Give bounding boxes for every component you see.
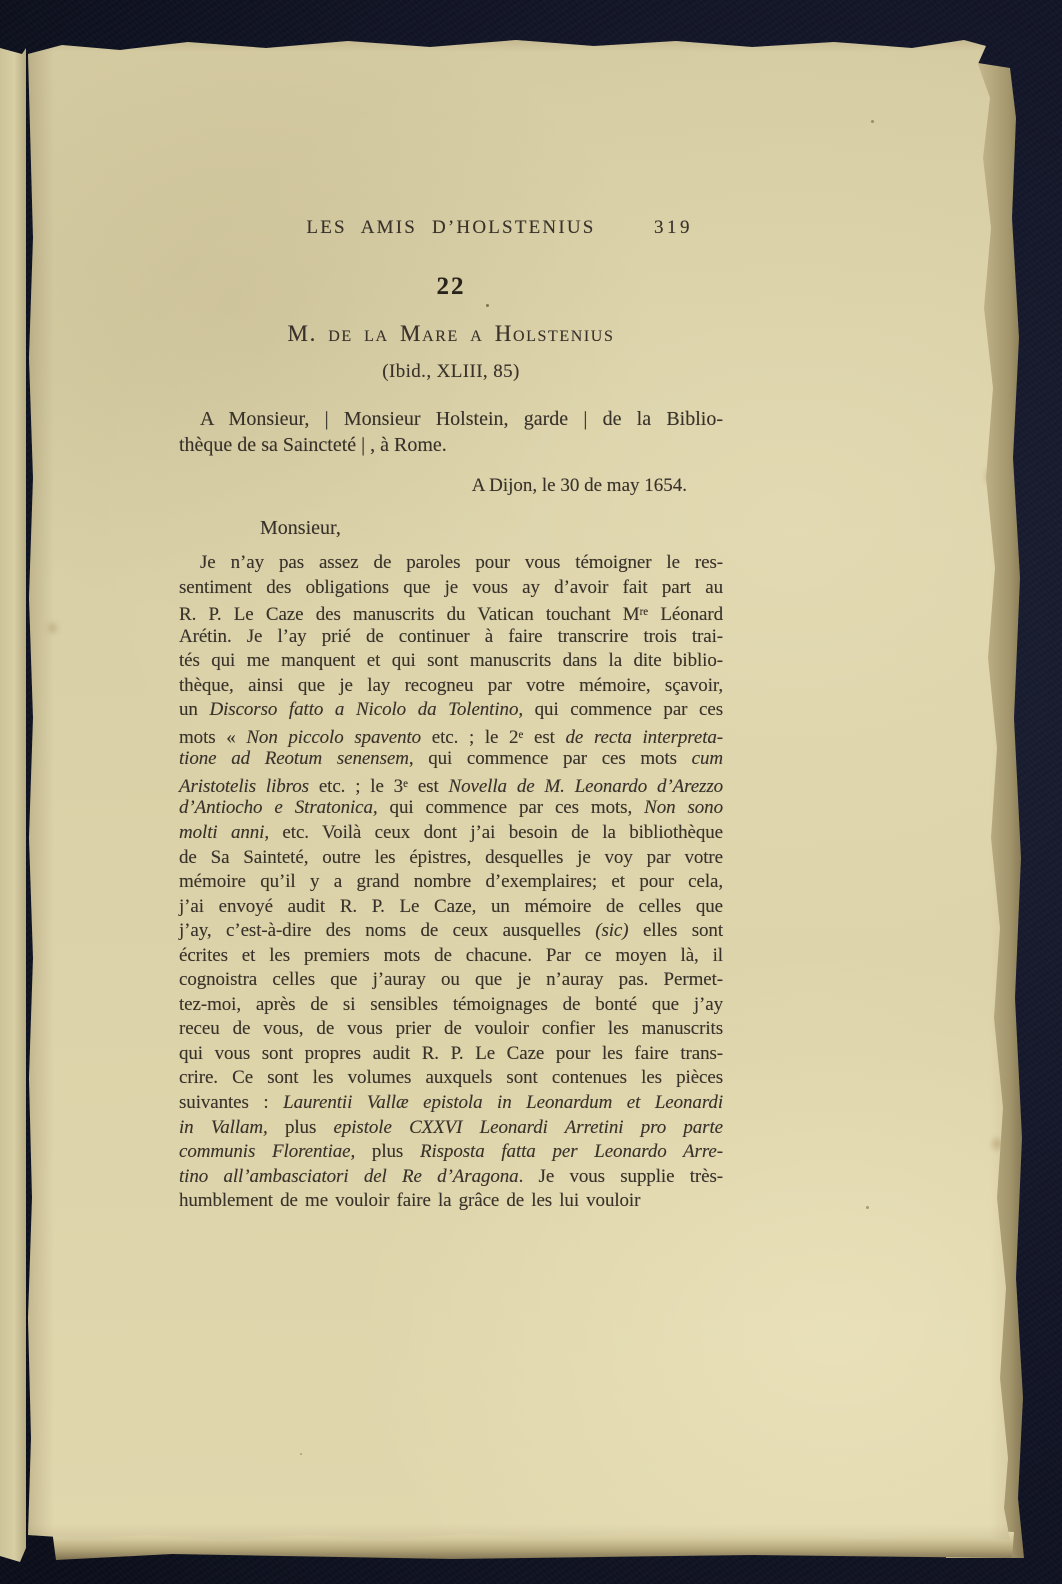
text-line: de Sa Sainteté, outre les épistres, desq… [179,846,723,871]
adjacent-page-edge [0,48,26,1562]
text-line: suivantes : Laurentii Vallæ epistola in … [179,1091,723,1116]
letter-reference: (Ibid., XLIII, 85) [179,361,723,383]
running-header: LES AMIS D’HOLSTENIUS 319 [179,217,723,241]
letter-heading: M. de la Mare a Holstenius [179,321,723,347]
text-line: receu de vous, de vous prier de vouloir … [179,1017,723,1042]
text-line: j’ai envoyé audit R. P. Le Caze, un mémo… [179,895,723,920]
page-number: 319 [654,217,693,239]
paper-speck [866,1206,869,1209]
salutation: Monsieur, [179,517,804,540]
text-line: écrites et les premiers mots de chacune.… [179,944,723,969]
letter-number: 22 [179,273,723,301]
text-line: qui vous sont propres audit R. P. Le Caz… [179,1042,723,1067]
running-title: LES AMIS D’HOLSTENIUS [306,217,595,238]
book-photo: LES AMIS D’HOLSTENIUS 319 22 M. de la Ma… [0,0,1062,1584]
text-line: R. P. Le Caze des manuscrits du Vatican … [179,600,723,625]
paper-speck [486,304,489,307]
text-line: in Vallam, plus epistole CXXVI Leonardi … [179,1116,723,1141]
text-line: humblement de me vouloir faire la grâce … [179,1189,723,1214]
book-page: LES AMIS D’HOLSTENIUS 319 22 M. de la Ma… [28,38,1010,1540]
text-line: A Monsieur, | Monsieur Holstein, garde |… [179,406,723,432]
text-line: molti anni, etc. Voilà ceux dont j’ai be… [179,821,723,846]
text-line: d’Antiocho e Stratonica, qui commence pa… [179,796,723,821]
address-block: A Monsieur, | Monsieur Holstein, garde |… [179,406,723,458]
text-line: cognoistra celles que j’auray ou que je … [179,968,723,993]
text-line: Je n’ay pas assez de paroles pour vous t… [179,551,723,576]
text-line: mots « Non piccolo spavento etc. ; le 2e… [179,723,723,748]
text-line: Arétin. Je l’ay prié de continuer à fair… [179,625,723,650]
text-line: thèque de sa Saincteté | , à Rome. [179,432,723,458]
text-line: tés qui me manquent et qui sont manuscri… [179,649,723,674]
text-line: Aristotelis libros etc. ; le 3e est Nove… [179,772,723,797]
letter-body: Je n’ay pas assez de paroles pour vous t… [179,551,723,1214]
text-line: tino all’ambasciatori del Re d’Aragona. … [179,1165,723,1190]
text-line: tione ad Reotum senensem, qui commence p… [179,747,723,772]
text-line: crire. Ce sont les volumes auxquels sont… [179,1066,723,1091]
text-line: communis Florentiae, plus Risposta fatta… [179,1140,723,1165]
foxing-stain [48,623,57,633]
paper-speck [300,1453,302,1455]
text-line: mémoire qu’il y a grand nombre d’exempla… [179,870,723,895]
text-line: j’ay, c’est-à-dire des noms de ceux ausq… [179,919,723,944]
text-line: un Discorso fatto a Nicolo da Tolentino,… [179,698,723,723]
text-line: sentiment des obligations que je vous ay… [179,576,723,601]
text-line: tez-moi, après de si sensibles témoignag… [179,993,723,1018]
paper-speck [871,120,874,123]
dateline: A Dijon, le 30 de may 1654. [179,475,723,497]
text-line: thèque, ainsi que je lay recogneu par vo… [179,674,723,699]
